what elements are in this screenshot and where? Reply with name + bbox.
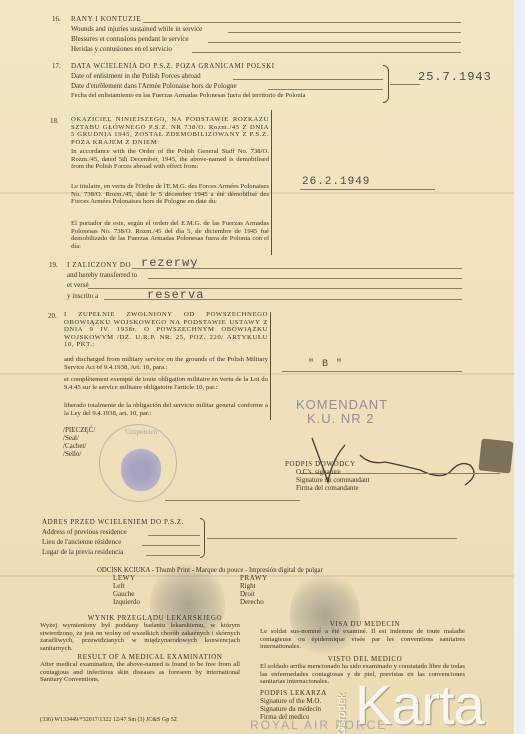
section-19-fr: et versé [67,281,89,289]
section-18-en: In accordance with the Order of the Poli… [71,148,269,171]
medical-fr-text: Le soldat sus-nommé a été examiné. Il es… [260,628,465,651]
seal-ring-text: Uzupełnień [125,428,157,436]
section-20-fr: et complètement exempté de toute obligat… [64,376,268,391]
underline [104,299,462,300]
section-18-rule [271,110,272,255]
medical-pl-text: Wyżej wymieniony był poddany badaniu lek… [40,622,240,652]
underline [142,545,200,546]
section-16-number: 16. [52,15,61,23]
underline [207,538,457,539]
section-19-en: and hereby transferred to [67,271,137,279]
thumb-right-es: Derecho [240,598,264,606]
section-17-title: DATA WCIELENIA DO P.S.Z. POZA GRANICAMI … [71,62,275,70]
commander-stamp-line1: KOMENDANT [296,397,388,412]
section-17-en: Date of enlistment in the Polish Forces … [71,72,201,80]
underline [143,22,461,23]
discharge-paragraph: " B " [308,359,343,370]
address-pl: ADRES PRZED WCIELENIEM DO P.S.Z. [42,518,184,526]
section-19-pl: I ZALICZONY DO [67,261,131,269]
section-18-es: El portador de este, según el orden del … [71,220,269,250]
bracket [200,518,205,558]
stain [478,438,513,473]
section-20-pl: I ZUPEŁNIE ZWOLNIONY OD POWSZECHNEGO OBO… [64,311,268,349]
section-17-es: Fecha del enlistamiento en las Fuerzas A… [71,92,305,100]
section-16-en: Wounds and injuries sustained while in s… [71,25,202,33]
seal-label-es: /Sello/ [63,450,81,458]
section-18-pl: OKAZICIEL NINIEJSZEGO, NA PODSTAWIE ROZK… [71,116,269,146]
eagle-emblem-icon [121,448,161,492]
section-20-es: liberado totalmente de la obligación del… [64,402,268,417]
commander-signature-es: Firma del comandante [296,484,359,492]
underline [300,189,435,190]
medical-en-text: After medical examination, the above-nam… [40,661,240,684]
watermark-prefix: Ośrodek [336,693,348,734]
section-16-title: RANY I KONTUZJE [71,15,141,23]
section-18-number: 18. [50,117,59,125]
demobilisation-date: 26.2.1949 [302,176,370,188]
thumb-left-es: Izquierdo [113,598,140,606]
section-20-en: and discharged from military service on … [64,356,268,371]
underline [148,278,462,279]
address-fr: Lieu de l'ancienne résidence [42,538,121,546]
section-17-fr: Date d'enrôlement dans l'Armée Polonaise… [71,82,237,90]
underline [165,500,300,501]
underline [282,371,462,372]
address-en: Address of previous residence [42,528,127,536]
enlistment-date: 25.7.1943 [418,70,492,84]
address-es: Lugar de la previa residencia [42,548,123,556]
underline [208,42,461,43]
underline [132,268,462,269]
underline [228,32,461,33]
underline [146,555,200,556]
section-16-fr: Blessures et contusions pendant le servi… [71,35,189,43]
document-page: 16. RANY I KONTUZJE Wounds and injuries … [0,0,514,734]
underline [233,79,383,80]
section-20-rule [270,312,271,420]
section-16-es: Heridas y contusiones en el servicio [71,45,172,53]
section-19-es: y inscrito a [67,292,98,300]
watermark-brand: Karta [355,672,484,734]
underline [88,288,462,289]
scan-background [514,0,525,734]
underline [390,84,420,85]
print-reference: (336) W133449/*32017/1322 12/47 Sm (3) J… [40,716,177,724]
underline [268,89,383,90]
section-20-number: 20. [48,312,57,320]
section-17-number: 17. [52,62,61,70]
section-19-number: 19. [49,261,58,269]
section-18-fr: Le titulaire, en vertu de l'Ordre de l'E… [71,183,269,206]
paper-fold [0,373,514,375]
bracket [383,65,389,103]
underline [148,535,200,536]
underline [192,52,461,53]
